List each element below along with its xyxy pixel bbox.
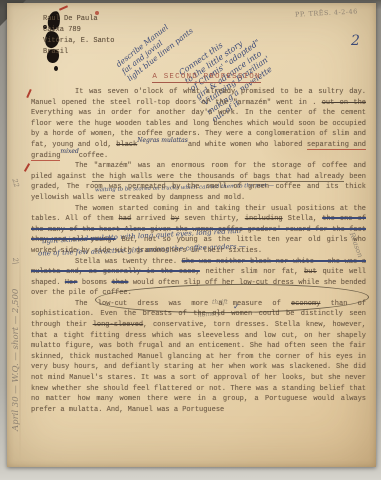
address-line: Caixa 789 [43,25,114,36]
text-segment: long-sleeved [93,321,143,329]
page-title: A SECOND PROFESSION [37,73,376,81]
paragraph: The women started coming in and taking t… [31,204,366,257]
paragraph: The low-cut dress was more a measure of … [31,299,366,416]
text-segment: Stella, [283,215,323,223]
address-line: Raul De Paula [43,14,114,25]
address-line: Vitória, E. Santo [43,36,114,47]
text-segment: Negras mulattas [137,136,188,147]
scanned-page: Raul De Paula Caixa 789 Vitória, E. Sant… [0,0,381,480]
red-mark [24,163,30,172]
text-segment: bosoms [77,279,111,287]
pencil-margin-mark: 2| [11,257,20,265]
text-segment: seven thirty, [179,215,245,223]
author-address-block: Raul De Paula Caixa 789 Vitória, E. Sant… [43,14,114,57]
text-segment: , conservative, torn dresses. Stella kne… [31,321,366,414]
ink-blot [54,66,58,71]
margin-note-left: April 30 — W.Q. — short — 2,500 [11,289,21,431]
text-segment: mixed [60,147,78,158]
paragraph: It was seven o'clock of what already pro… [31,87,366,161]
text-segment: coffee. [79,152,108,160]
text-segment: including [245,215,283,223]
address-line: Brasil [43,47,114,58]
text-segment: by [171,215,179,223]
text-segment: the high walls were the thousands of bag… [92,173,345,182]
text-segment: and white women who labored [188,141,307,149]
red-mark [59,5,68,10]
page-title-text: A SECOND PROFESSION [152,73,260,83]
pencil-margin-mark: 22 [10,178,20,189]
manuscript-paper: Raul De Paula Caixa 789 Vitória, E. Sant… [7,3,376,467]
paragraph: The "armazém" was an enormous room for t… [31,161,366,203]
text-segment: that [112,279,129,287]
text-segment: but [304,268,317,276]
text-segment: It was seven o'clock of what already pro… [31,88,366,107]
text-segment: arrived [131,215,171,223]
text-segment: had [119,215,132,223]
text-segment: Her [65,279,78,287]
page-number-note: 2 [351,33,360,49]
text-segment: neither slim nor fat, [200,268,304,276]
text-segment: black [116,141,137,149]
text-segment: out on the [322,99,366,107]
manuscript-body: It was seven o'clock of what already pro… [31,87,366,415]
text-segment: Stella was twenty three. [75,258,182,266]
